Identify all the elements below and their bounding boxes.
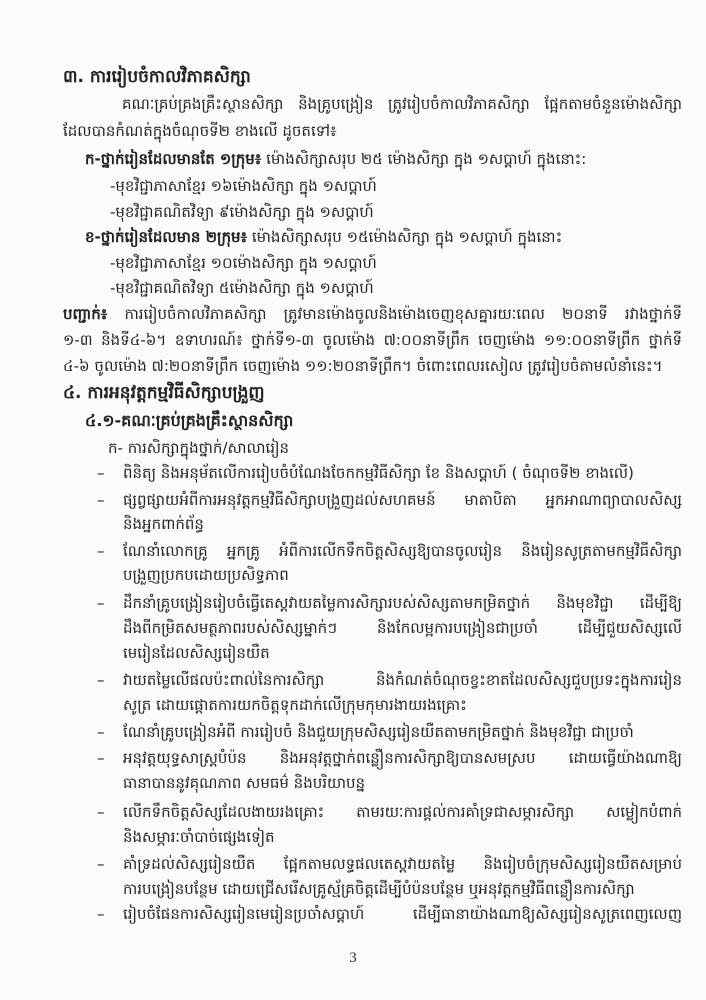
note-text: ការរៀបចំកាលវិភាគសិក្សា ត្រូវមានម៉ោងចូលនិ…: [107, 305, 682, 323]
bullet-dash: –: [97, 853, 105, 875]
item-b-text: ម៉ោងសិក្សាសរុប ១៥ម៉ោងសិក្សា ក្នុង ១សប្ដា…: [247, 228, 562, 246]
bullet-8-line-1: លើកទឹកចិត្តសិស្សដែលងាយរងគ្រោះ តាមរយៈការផ…: [123, 801, 682, 823]
bullet-dash: –: [97, 669, 105, 691]
section-4-1-a: ក- ការសិក្សាក្នុងថ្នាក់/សាលារៀន: [108, 437, 289, 459]
bullet-4-line-3: មេរៀនដែលសិស្សរៀនយឺត: [123, 642, 270, 664]
section-3-heading: ៣. ការរៀបចំកាលវិភាគសិក្សា: [63, 66, 251, 88]
bullet-9-line-1: គាំទ្រដល់សិស្សរៀនយឺត ផ្អែកតាមលទ្ធផលតេស្ត…: [123, 853, 682, 875]
bullet-6-line-1: ណែនាំគ្រូបង្រៀនអំពី ការរៀបចំ និងជួយក្រុម…: [123, 721, 634, 743]
page-number: 3: [0, 950, 706, 967]
bullet-dash: –: [97, 540, 105, 562]
bullet-8-line-2: និងសម្ភារៈចាំបាច់ផ្សេងទៀត: [123, 826, 275, 848]
bullet-dash: –: [97, 903, 105, 925]
bullet-dash: –: [97, 462, 105, 484]
bullet-7-line-1: អនុវត្តយុទ្ធសាស្ត្របំប៉ន និងអនុវត្តថ្នាក…: [123, 747, 682, 769]
section-4-1-heading: ៤.១-គណៈគ្រប់គ្រងគ្រឹះស្ថានសិក្សា: [85, 410, 293, 432]
item-b-khmer: -មុខវិជ្ជាភាសាខ្មែរ ១០ម៉ោងសិក្សា ក្នុង ១…: [110, 252, 377, 274]
item-a-math: -មុខវិជ្ជាគណិតវិទ្យា ៩ម៉ោងសិក្សា ក្នុង ១…: [110, 201, 374, 223]
bullet-4-line-1: ដឹកនាំគ្រូបង្រៀនរៀបចំធ្វើតេស្តវាយតម្លៃកា…: [123, 592, 682, 614]
bullet-2-line-2: និងអ្នកពាក់ព័ន្ធ: [123, 513, 204, 535]
bullet-dash: –: [97, 747, 105, 769]
item-a-label: ក-ថ្នាក់រៀនដែលមានតែ ១ក្រុម៖: [85, 150, 261, 168]
bullet-dash: –: [97, 801, 105, 823]
section-3-intro-cont: ដែលបានកំណត់ក្នុងចំណុចទី២ ខាងលើ ដូចតទៅ៖: [63, 120, 337, 142]
bullet-2-line-1: ផ្សព្វផ្សាយអំពីការអនុវត្តកម្មវិធីសិក្សាប…: [123, 489, 682, 511]
item-b-math: -មុខវិជ្ជាគណិតវិទ្យា ៥ម៉ោងសិក្សា ក្នុង ១…: [110, 277, 374, 299]
bullet-7-line-2: ធានាបាននូវគុណភាព សមធម៌ និងបរិយាបន្ន: [123, 772, 365, 794]
bullet-1-line-1: ពិនិត្យ និងអនុម័តលើការរៀបចំបំណែងចែកកម្មវ…: [123, 462, 634, 484]
item-b-line: ខ-ថ្នាក់រៀនដែលមាន ២ក្រុម៖ ម៉ោងសិក្សាសរុប…: [85, 226, 562, 248]
bullet-3-line-1: ណែនាំលោកគ្រូ អ្នកគ្រូ អំពីការលើកទឹកចិត្ត…: [123, 540, 682, 562]
note-line-1: បញ្ជាក់៖ ការរៀបចំកាលវិភាគសិក្សា ត្រូវមាន…: [63, 303, 682, 325]
item-b-label: ខ-ថ្នាក់រៀនដែលមាន ២ក្រុម៖: [85, 228, 247, 246]
note-label: បញ្ជាក់៖: [63, 305, 107, 323]
bullet-5-line-1: វាយតម្លៃលើផលប៉ះពាល់នៃការសិក្សា និងកំណត់ច…: [123, 669, 682, 691]
bullet-3-line-2: បង្រួញប្រកបដោយប្រសិទ្ធភាព: [123, 564, 289, 586]
note-line-3: ៤-៦ ចូលម៉ោង ៧:២០នាទីព្រឹក ចេញម៉ោង ១១:២០ន…: [63, 355, 663, 377]
bullet-10-line-1: រៀបចំផែនការសិស្សរៀនមេរៀនប្រចាំសប្ដាហ៍ ដើ…: [123, 903, 682, 925]
bullet-dash: –: [97, 592, 105, 614]
item-a-line: ក-ថ្នាក់រៀនដែលមានតែ ១ក្រុម៖ ម៉ោងសិក្សាសរ…: [85, 148, 586, 170]
section-3-intro: គណៈគ្រប់គ្រងគ្រឹះស្ថានសិក្សា និងគ្រូបង្រ…: [122, 93, 682, 115]
bullet-dash: –: [97, 489, 105, 511]
item-a-text: ម៉ោងសិក្សាសរុប ២៥ ម៉ោងសិក្សា ក្នុង ១សប្ដ…: [261, 150, 586, 168]
bullet-9-line-2: ការបង្រៀនបន្ថែម ដោយជ្រើសរើសគ្រូស្ម័គ្រចិ…: [123, 878, 635, 900]
section-4-heading: ៤. ការអនុវត្តកម្មវិធីសិក្សាបង្រួញ: [63, 382, 265, 404]
bullet-dash: –: [97, 721, 105, 743]
item-a-khmer: -មុខវិជ្ជាភាសាខ្មែរ ១៦ម៉ោងសិក្សា ក្នុង ១…: [110, 175, 377, 197]
note-line-2: ១-៣ និងទី៤-៦។ ឧទាហរណ៍៖ ថ្នាក់ទី១-៣ ចូលម៉…: [63, 329, 682, 351]
bullet-4-line-2: ដឹងពីកម្រិតសមត្ថភាពរបស់សិស្សម្នាក់ៗ និងក…: [123, 617, 682, 639]
bullet-5-line-2: សូត្រ ដោយផ្ដោតការយកចិត្តទុកដាក់លើក្រុមកុ…: [123, 694, 467, 716]
